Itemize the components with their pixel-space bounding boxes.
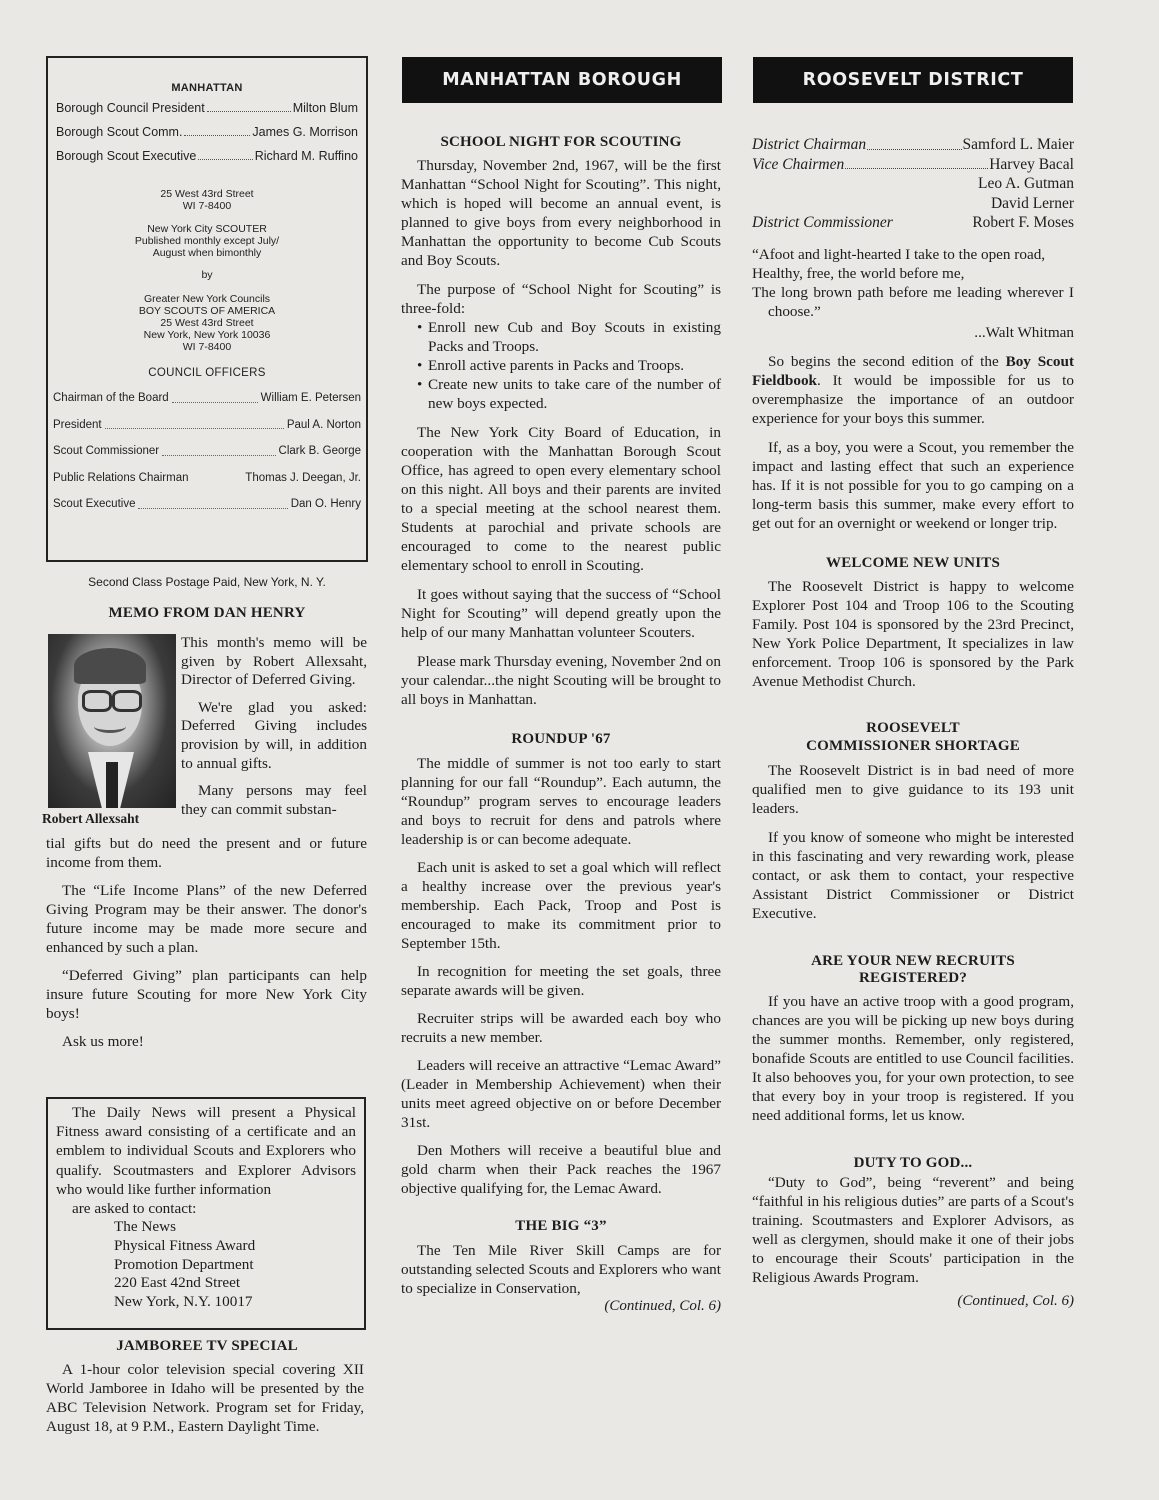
- article-paragraph: So begins the second edition of the Boy …: [752, 352, 1074, 428]
- by-line: by: [48, 269, 366, 281]
- officer-name: Leo A. Gutman: [978, 174, 1074, 194]
- memo-paragraph: This month's memo will be given by Rober…: [181, 634, 367, 690]
- masthead-title: MANHATTAN: [48, 82, 366, 94]
- article-paragraph: Recruiter strips will be awarded each bo…: [401, 1009, 721, 1047]
- article-paragraph: Den Mothers will receive a beautiful blu…: [401, 1141, 721, 1198]
- article-paragraph: Leaders will receive an attractive “Lema…: [401, 1056, 721, 1132]
- welcome-heading: WELCOME NEW UNITS: [752, 555, 1074, 572]
- school-night-article: SCHOOL NIGHT FOR SCOUTING Thursday, Nove…: [401, 134, 721, 1315]
- roundup-heading: ROUNDUP '67: [401, 731, 721, 748]
- address-line: 25 West 43rd Street: [48, 188, 366, 200]
- publication-line: Published monthly except July/: [48, 235, 366, 247]
- text-run: So begins the second edition of the: [768, 353, 1006, 370]
- publication-line: New York City SCOUTER: [48, 223, 366, 235]
- jamboree-article: A 1-hour color television special coveri…: [46, 1360, 364, 1436]
- council-officer-row: Scout ExecutiveDan O. Henry: [48, 491, 366, 518]
- officer-name: Samford L. Maier: [963, 135, 1074, 155]
- memo-paragraph: Ask us more!: [46, 1032, 367, 1051]
- memo-paragraph: “Deferred Giving” plan participants can …: [46, 966, 367, 1023]
- officer-role: Chairman of the Board: [53, 385, 169, 412]
- officer-role: President: [53, 412, 102, 439]
- poem-attribution: ...Walt Whitman: [752, 323, 1074, 342]
- continued-note: (Continued, Col. 6): [752, 1293, 1074, 1310]
- phone-line: WI 7-8400: [48, 200, 366, 212]
- publication-line: August when bimonthly: [48, 247, 366, 259]
- contact-line: Physical Fitness Award: [114, 1237, 356, 1256]
- district-officer-row: David Lerner: [752, 194, 1074, 214]
- officer-name: David Lerner: [991, 194, 1074, 214]
- roosevelt-district-section: District ChairmanSamford L. Maier Vice C…: [752, 135, 1074, 1310]
- officer-role: Borough Scout Executive: [56, 144, 196, 168]
- duty-heading: DUTY TO GOD...: [752, 1155, 1074, 1172]
- article-paragraph: Please mark Thursday evening, November 2…: [401, 652, 721, 709]
- purpose-list: Enroll new Cub and Boy Scouts in existin…: [401, 318, 721, 413]
- poem-line: The long brown path before me leading wh…: [752, 283, 1074, 321]
- officer-name: Clark B. George: [279, 438, 361, 465]
- district-officer-row: District CommissionerRobert F. Moses: [752, 213, 1074, 233]
- article-paragraph: It goes without saying that the success …: [401, 585, 721, 642]
- news-paragraph: The Daily News will present a Physical F…: [56, 1103, 356, 1199]
- council-officer-row: PresidentPaul A. Norton: [48, 412, 366, 439]
- purpose-item: Enroll active parents in Packs and Troop…: [417, 356, 721, 375]
- big3-heading: THE BIG “3”: [401, 1218, 721, 1235]
- article-paragraph: Each unit is asked to set a goal which w…: [401, 858, 721, 953]
- council-line: BOY SCOUTS OF AMERICA: [48, 305, 366, 317]
- masthead-box: MANHATTAN Borough Council PresidentMilto…: [46, 56, 368, 562]
- article-paragraph: If, as a boy, you were a Scout, you reme…: [752, 438, 1074, 533]
- officer-name: Milton Blum: [293, 96, 358, 120]
- officer-role: Borough Scout Comm.: [56, 120, 182, 144]
- shortage-heading: ROOSEVELT COMMISSIONER SHORTAGE: [752, 719, 1074, 755]
- jamboree-paragraph: A 1-hour color television special coveri…: [46, 1360, 364, 1436]
- article-paragraph: In recognition for meeting the set goals…: [401, 962, 721, 1000]
- article-paragraph: Thursday, November 2nd, 1967, will be th…: [401, 156, 721, 270]
- officer-name: Robert F. Moses: [972, 213, 1074, 233]
- contact-line: 220 East 42nd Street: [114, 1274, 356, 1293]
- officer-role: Borough Council President: [56, 96, 205, 120]
- officer-role: Vice Chairmen: [752, 155, 844, 175]
- district-officer-row: District ChairmanSamford L. Maier: [752, 135, 1074, 155]
- daily-news-box: The Daily News will present a Physical F…: [46, 1097, 366, 1330]
- officer-role: District Commissioner: [752, 213, 893, 233]
- memo-paragraph: Many persons may feel they can commit su…: [181, 782, 367, 819]
- council-officers-title: COUNCIL OFFICERS: [48, 367, 366, 379]
- purpose-item: Create new units to take care of the num…: [417, 375, 721, 413]
- portrait-photo: [48, 634, 176, 808]
- whitman-quote: “Afoot and light-hearted I take to the o…: [752, 245, 1074, 342]
- poem-line: “Afoot and light-hearted I take to the o…: [752, 245, 1074, 264]
- council-officer-row: Chairman of the BoardWilliam E. Petersen: [48, 385, 366, 412]
- school-night-heading: SCHOOL NIGHT FOR SCOUTING: [401, 134, 721, 151]
- heading-line: REGISTERED?: [752, 970, 1074, 987]
- contact-line: Promotion Department: [114, 1256, 356, 1275]
- article-paragraph: The middle of summer is not too early to…: [401, 754, 721, 849]
- officer-name: Richard M. Ruffino: [255, 144, 358, 168]
- publication-info: New York City SCOUTER Published monthly …: [48, 223, 366, 259]
- officer-name: Paul A. Norton: [287, 412, 361, 439]
- memo-paragraph: tial gifts but do need the present and o…: [46, 834, 367, 872]
- jamboree-heading: JAMBOREE TV SPECIAL: [46, 1338, 368, 1355]
- article-paragraph: “Duty to God”, being “reverent” and bein…: [752, 1173, 1074, 1287]
- officer-role: Scout Commissioner: [53, 438, 159, 465]
- borough-address: 25 West 43rd Street WI 7-8400: [48, 188, 366, 212]
- manhattan-borough-banner: MANHATTAN BOROUGH: [402, 57, 722, 103]
- roosevelt-district-banner: ROOSEVELT DISTRICT: [753, 57, 1073, 103]
- officer-name: Dan O. Henry: [291, 491, 361, 518]
- council-line: WI 7-8400: [48, 341, 366, 353]
- article-paragraph: If you have an active troop with a good …: [752, 992, 1074, 1125]
- article-paragraph: The purpose of “School Night for Scoutin…: [401, 280, 721, 318]
- postage-notice: Second Class Postage Paid, New York, N. …: [46, 575, 368, 589]
- article-paragraph: The New York City Board of Education, in…: [401, 423, 721, 575]
- article-paragraph: The Roosevelt District is happy to welco…: [752, 577, 1074, 691]
- district-officer-row: Vice ChairmenHarvey Bacal: [752, 155, 1074, 175]
- continued-note: (Continued, Col. 6): [401, 1298, 721, 1315]
- memo-heading: MEMO FROM DAN HENRY: [46, 605, 368, 622]
- contact-address: The News Physical Fitness Award Promotio…: [114, 1218, 356, 1312]
- photo-caption: Robert Allexsaht: [42, 811, 139, 827]
- council-officer-row: Scout CommissionerClark B. George: [48, 438, 366, 465]
- council-line: New York, New York 10036: [48, 329, 366, 341]
- memo-paragraph: The “Life Income Plans” of the new Defer…: [46, 881, 367, 957]
- heading-line: ROOSEVELT: [752, 719, 1074, 737]
- borough-officer-row: Borough Scout ExecutiveRichard M. Ruffin…: [48, 144, 366, 168]
- council-address: Greater New York Councils BOY SCOUTS OF …: [48, 293, 366, 353]
- council-line: Greater New York Councils: [48, 293, 366, 305]
- officer-name: William E. Petersen: [261, 385, 361, 412]
- council-officer-row: Public Relations ChairmanThomas J. Deega…: [48, 465, 366, 492]
- memo-continuation: tial gifts but do need the present and o…: [46, 834, 367, 1051]
- officer-role: Scout Executive: [53, 491, 135, 518]
- district-officer-row: Leo A. Gutman: [752, 174, 1074, 194]
- officer-name: Harvey Bacal: [989, 155, 1074, 175]
- contact-intro: are asked to contact:: [56, 1199, 356, 1218]
- officer-name: Thomas J. Deegan, Jr.: [245, 465, 361, 492]
- council-line: 25 West 43rd Street: [48, 317, 366, 329]
- borough-officer-row: Borough Council PresidentMilton Blum: [48, 96, 366, 120]
- article-paragraph: The Ten Mile River Skill Camps are for o…: [401, 1241, 721, 1298]
- memo-paragraph: We're glad you asked: Deferred Giving in…: [181, 699, 367, 773]
- article-paragraph: The Roosevelt District is in bad need of…: [752, 761, 1074, 818]
- contact-line: New York, N.Y. 10017: [114, 1293, 356, 1312]
- borough-officer-row: Borough Scout Comm.James G. Morrison: [48, 120, 366, 144]
- heading-line: ARE YOUR NEW RECRUITS: [752, 953, 1074, 970]
- memo-wrap-text: This month's memo will be given by Rober…: [181, 634, 367, 819]
- poem-line: Healthy, free, the world before me,: [752, 264, 1074, 283]
- purpose-item: Enroll new Cub and Boy Scouts in existin…: [417, 318, 721, 356]
- heading-line: COMMISSIONER SHORTAGE: [752, 737, 1074, 755]
- article-paragraph: If you know of someone who might be inte…: [752, 828, 1074, 923]
- officer-name: James G. Morrison: [252, 120, 358, 144]
- recruits-heading: ARE YOUR NEW RECRUITS REGISTERED?: [752, 953, 1074, 987]
- officer-role: District Chairman: [752, 135, 866, 155]
- officer-role: Public Relations Chairman: [53, 465, 189, 492]
- contact-line: The News: [114, 1218, 356, 1237]
